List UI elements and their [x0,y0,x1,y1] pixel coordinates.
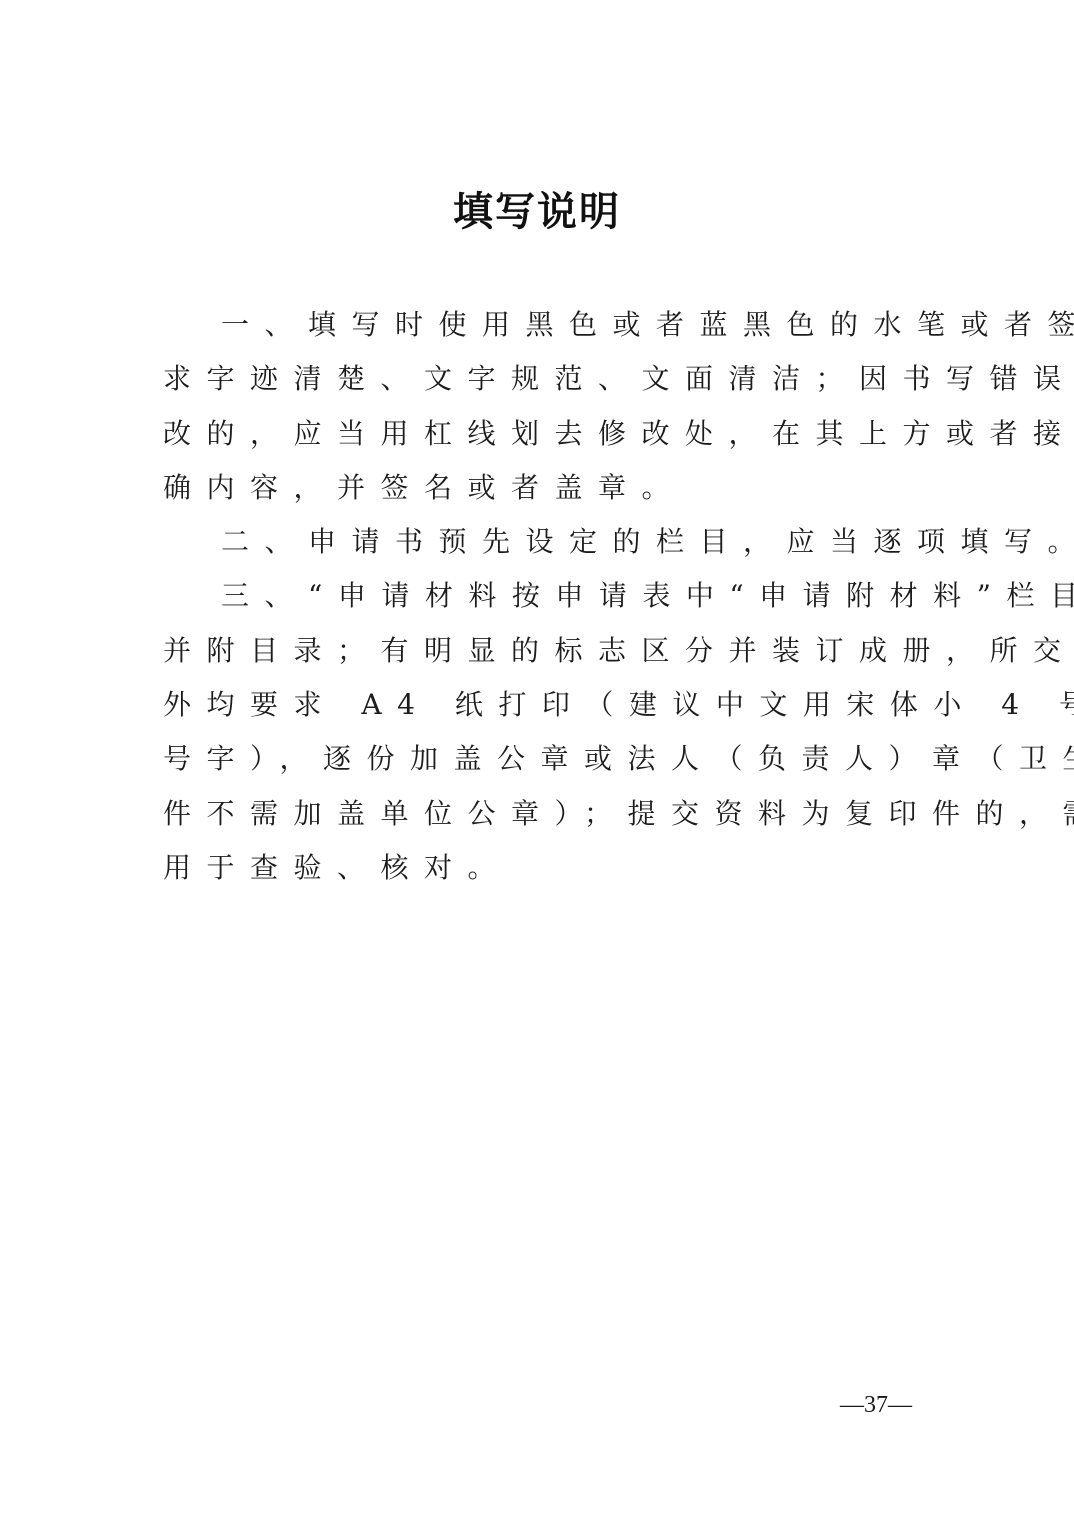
page-title: 填写说明 [0,186,1074,238]
paragraph-item-2: 二、申请书预先设定的栏目，应当逐项填写。 [163,515,915,569]
page-number: —37— [836,1390,916,1420]
document-page: 填写说明 一、填写时使用黑色或者蓝黑色的水笔或者签字笔，要 求字迹清楚、文字规范… [0,0,1074,1520]
text-line: 外均要求 A4 纸打印（建议中文用宋体小 4 号字，英文为 12 [163,678,915,732]
text-line: 并附目录；有明显的标志区分并装订成册，所交材料除图纸 [163,624,915,678]
text-line: 件不需加盖单位公章）；提交资料为复印件的，需提供原件 [163,787,915,841]
text-line: 三、“申请材料按申请表中“申请附材料”栏目顺序排序， [163,569,915,623]
text-line: 用于查验、核对。 [163,841,915,895]
instructions-body: 一、填写时使用黑色或者蓝黑色的水笔或者签字笔，要 求字迹清楚、文字规范、文面清洁… [163,298,915,895]
text-line: 确内容，并签名或者盖章。 [163,461,915,515]
text-line: 一、填写时使用黑色或者蓝黑色的水笔或者签字笔，要 [163,298,915,352]
text-line: 求字迹清楚、文字规范、文面清洁；因书写错误需要进行修 [163,352,915,406]
text-line: 号字），逐份加盖公章或法人（负责人）章（卫生许可证原 [163,732,915,786]
text-line: 二、申请书预先设定的栏目，应当逐项填写。 [163,515,915,569]
text-line: 改的，应当用杠线划去修改处，在其上方或者接下处写上正 [163,407,915,461]
paragraph-item-3: 三、“申请材料按申请表中“申请附材料”栏目顺序排序， 并附目录；有明显的标志区分… [163,569,915,895]
paragraph-item-1: 一、填写时使用黑色或者蓝黑色的水笔或者签字笔，要 求字迹清楚、文字规范、文面清洁… [163,298,915,515]
